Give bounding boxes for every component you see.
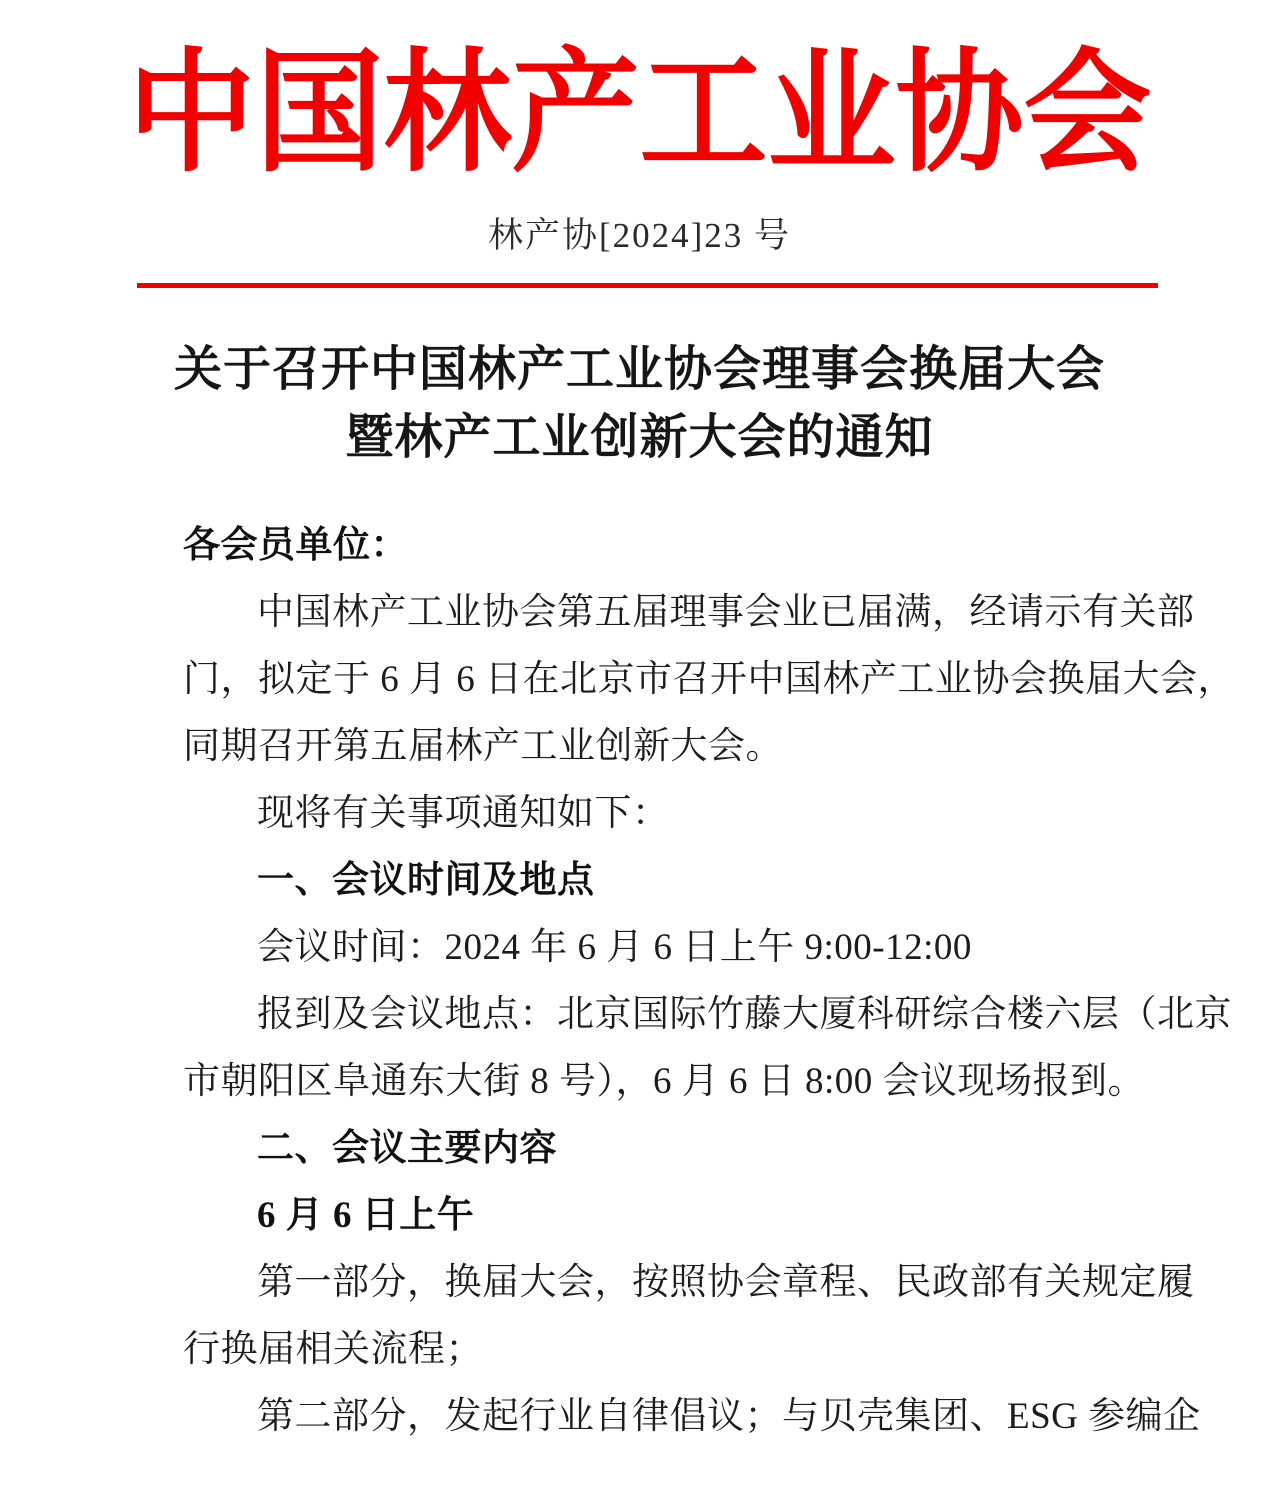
body-line-5: 一、会议时间及地点 (183, 847, 1123, 914)
body-line-13: 第二部分，发起行业自律倡议；与贝壳集团、ESG 参编企 (183, 1383, 1123, 1450)
document-title-line2: 暨林产工业创新大会的通知 (0, 404, 1279, 472)
body-line-6: 会议时间：2024 年 6 月 6 日上午 9:00-12:00 (183, 914, 1123, 981)
body-line-12: 行换届相关流程； (183, 1316, 1123, 1383)
letterhead-org-name: 中国林产工业协会 (0, 27, 1279, 203)
body-line-10: 6 月 6 日上午 (183, 1182, 1123, 1249)
document-title: 关于召开中国林产工业协会理事会换届大会 暨林产工业创新大会的通知 (0, 336, 1279, 472)
body-line-4: 现将有关事项通知如下： (183, 780, 1123, 847)
red-divider-line (137, 283, 1158, 288)
body-line-3: 同期召开第五届林产工业创新大会。 (183, 713, 1123, 780)
document-title-line1: 关于召开中国林产工业协会理事会换届大会 (0, 336, 1279, 404)
body-line-11: 第一部分，换届大会，按照协会章程、民政部有关规定履 (183, 1249, 1123, 1316)
document-number: 林产协[2024]23 号 (0, 215, 1279, 257)
body-line-9: 二、会议主要内容 (183, 1115, 1123, 1182)
document-body: 各会员单位：中国林产工业协会第五届理事会业已届满，经请示有关部门，拟定于 6 月… (183, 512, 1123, 1450)
body-line-7: 报到及会议地点：北京国际竹藤大厦科研综合楼六层（北京 (183, 981, 1123, 1048)
body-line-0: 各会员单位： (183, 512, 1123, 579)
body-line-2: 门，拟定于 6 月 6 日在北京市召开中国林产工业协会换届大会， (183, 646, 1123, 713)
document-page: 中国林产工业协会 林产协[2024]23 号 关于召开中国林产工业协会理事会换届… (0, 0, 1279, 1488)
body-line-1: 中国林产工业协会第五届理事会业已届满，经请示有关部 (183, 579, 1123, 646)
body-line-8: 市朝阳区阜通东大街 8 号），6 月 6 日 8:00 会议现场报到。 (183, 1048, 1123, 1115)
